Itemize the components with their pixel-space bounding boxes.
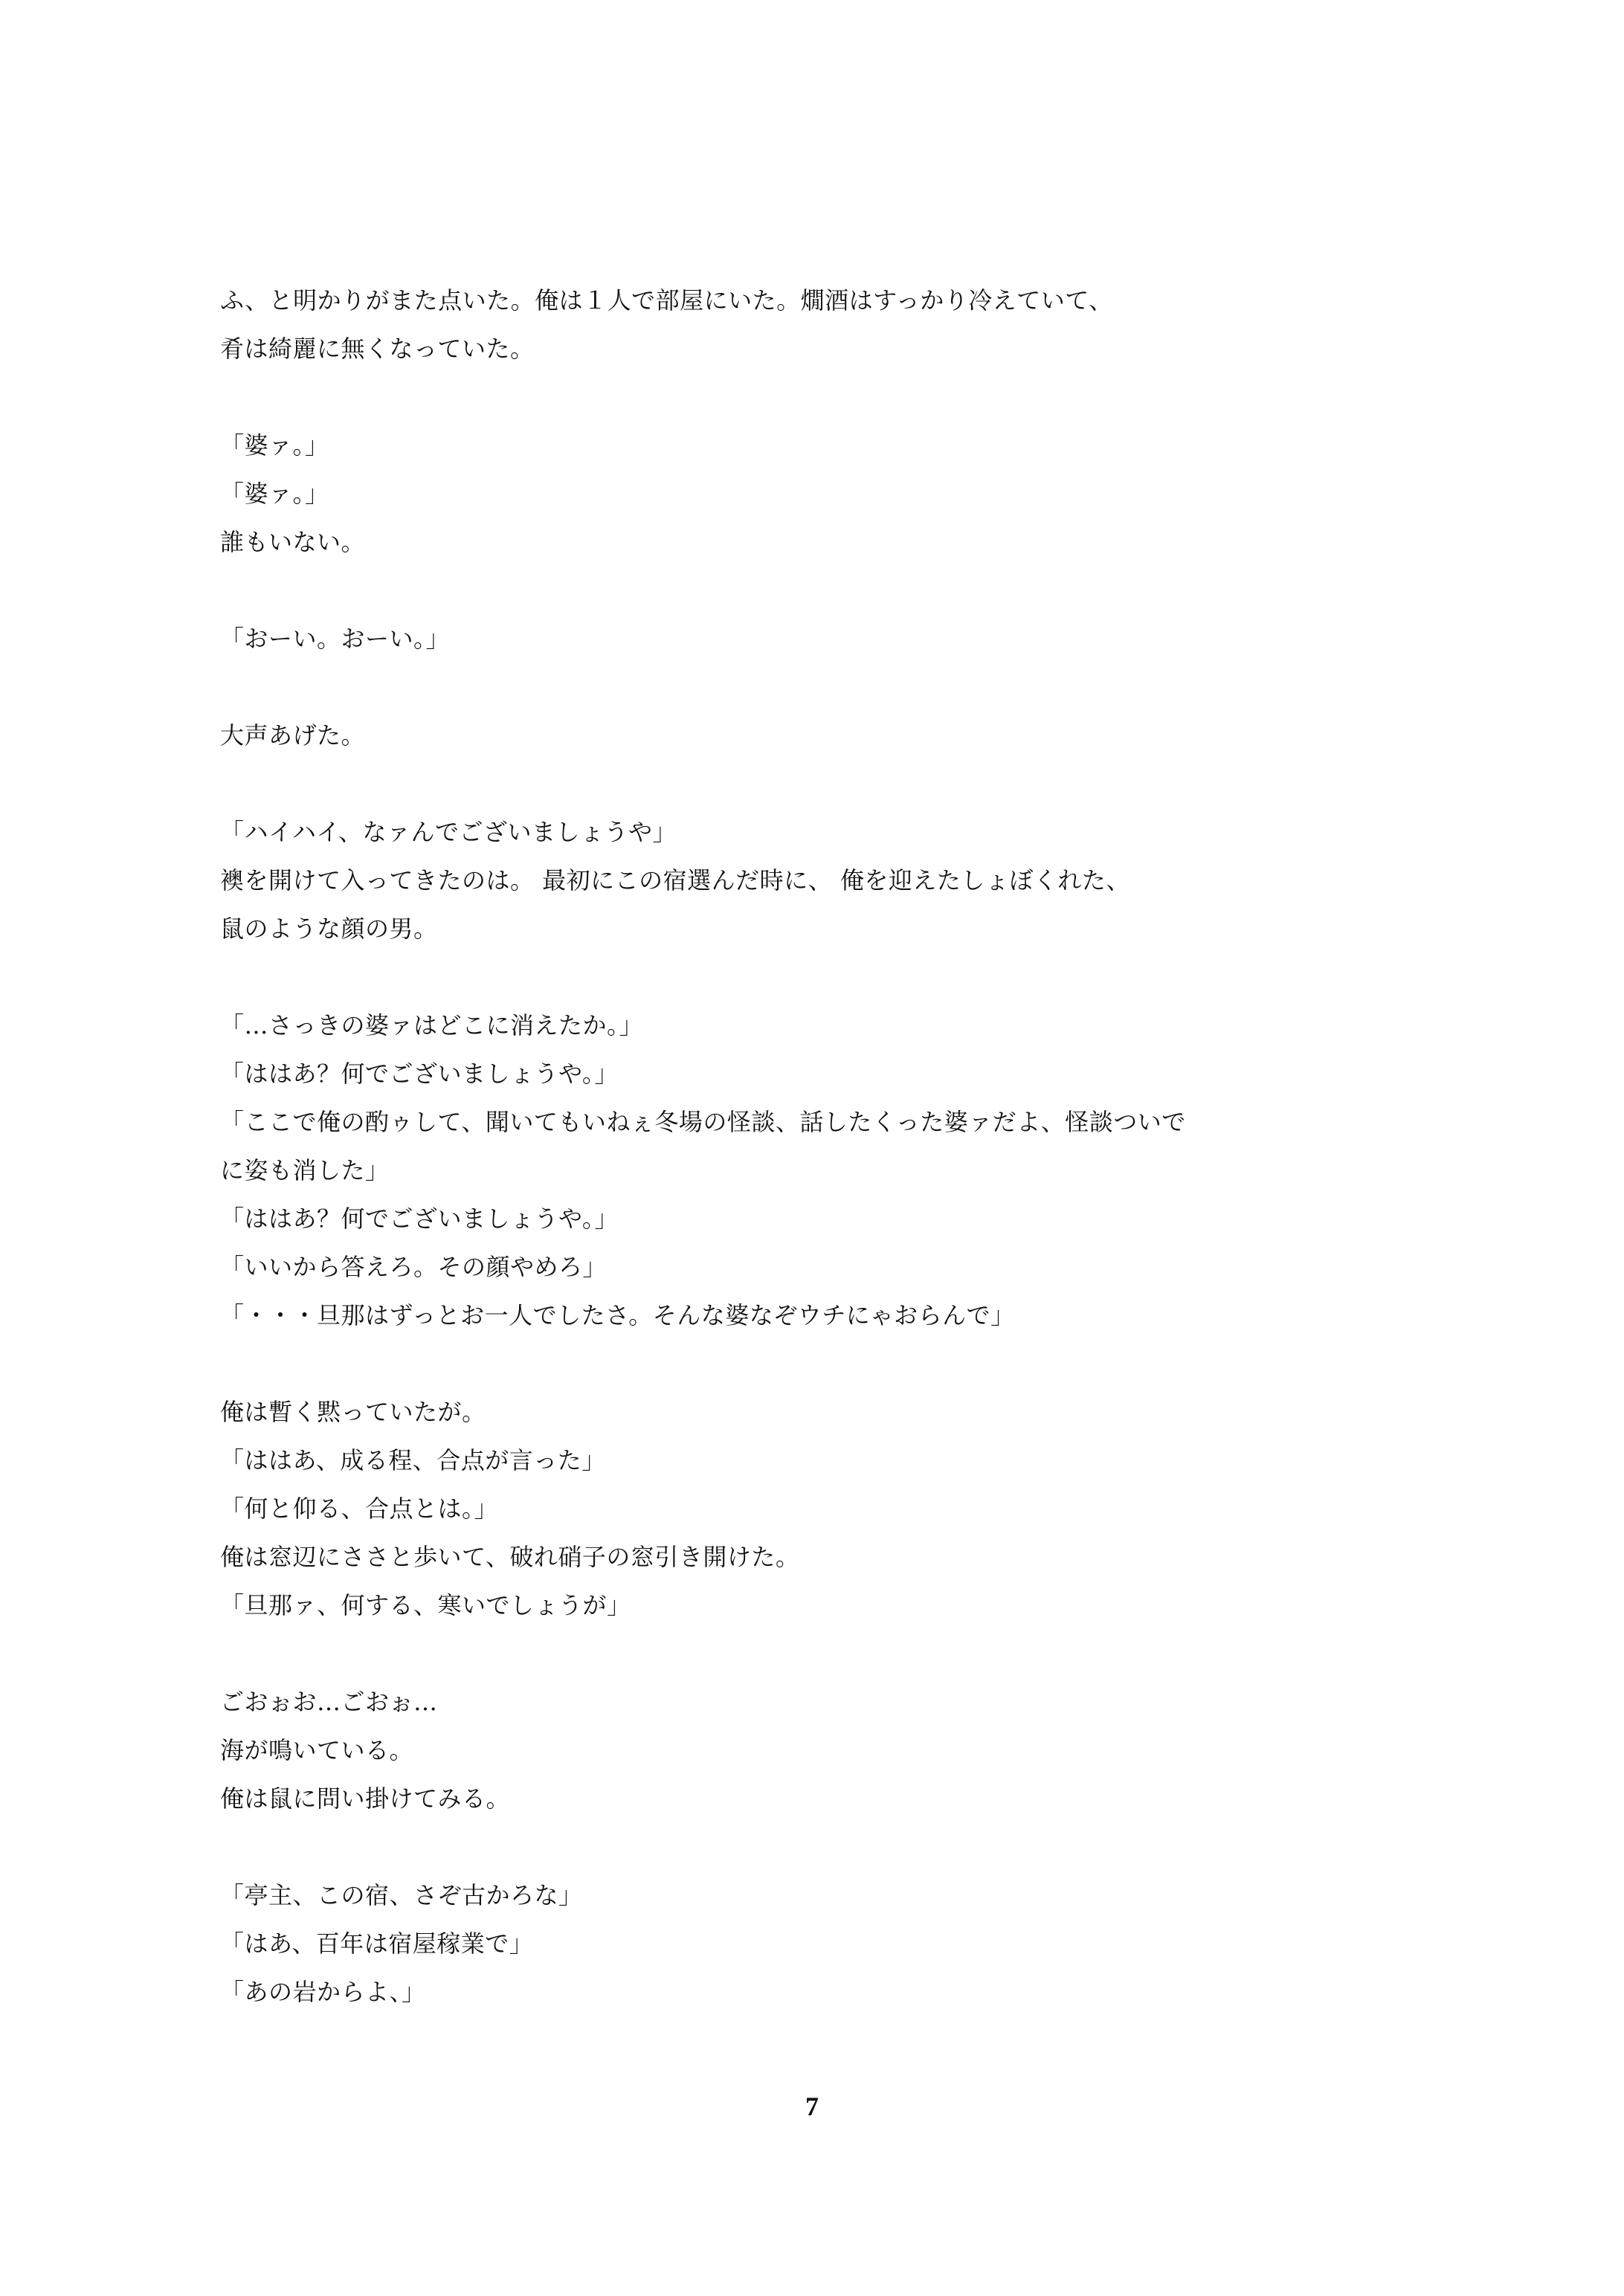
text-line: 俺は窓辺にささと歩いて、破れ硝子の窓引き開けた。 — [220, 1533, 1410, 1581]
text-line: ふ、と明かりがまた点いた。俺は１人で部屋にいた。燗酒はすっかり冷えていて、 — [220, 277, 1410, 325]
dialogue-line: 「ははあ？何でございましょうや。」 — [220, 1195, 1410, 1243]
dialogue-line: 「はあ、百年は宿屋稼業で」 — [220, 1920, 1410, 1968]
dialogue-line: 「何と仰る、合点とは。」 — [220, 1485, 1410, 1533]
text-line: 大声あげた。 — [220, 712, 1410, 760]
blank-line — [220, 567, 1410, 615]
dialogue-line: 「いいから答えろ。その顔やめろ」 — [220, 1243, 1410, 1291]
dialogue-line: 「旦那ァ、何する、寒いでしょうが」 — [220, 1581, 1410, 1630]
text-line: 俺は暫く黙っていたが。 — [220, 1388, 1410, 1436]
dialogue-line: 「おーい。おーい。」 — [220, 615, 1410, 663]
dialogue-line: 「ハイハイ、なァんでございましょうや」 — [220, 808, 1410, 857]
blank-line — [220, 1340, 1410, 1388]
page-number: 7 — [0, 2088, 1624, 2125]
blank-line — [220, 1630, 1410, 1678]
blank-line — [220, 760, 1410, 808]
blank-line — [220, 953, 1410, 1002]
dialogue-line-continuation: に姿も消した」 — [220, 1147, 1410, 1195]
body-text: ふ、と明かりがまた点いた。俺は１人で部屋にいた。燗酒はすっかり冷えていて、 肴は… — [220, 277, 1410, 2016]
dialogue-line: 「ここで俺の酌ゥして、聞いてもいねぇ冬場の怪談、話したくった婆ァだよ、怪談ついで — [220, 1098, 1410, 1147]
text-line: ごおぉお…ごおぉ… — [220, 1678, 1410, 1726]
dialogue-line: 「あの岩からよ、」 — [220, 1968, 1410, 2016]
dialogue-line: 「婆ァ。」 — [220, 470, 1410, 518]
dialogue-line: 「婆ァ。」 — [220, 422, 1410, 470]
text-line: 俺は鼠に問い掛けてみる。 — [220, 1775, 1410, 1823]
dialogue-line: 「・・・旦那はずっとお一人でしたさ。そんな婆なぞウチにゃおらんで」 — [220, 1291, 1410, 1340]
blank-line — [220, 663, 1410, 712]
text-line: 襖を開けて入ってきたのは。 最初にこの宿選んだ時に、 俺を迎えたしょぼくれた、 — [220, 857, 1410, 905]
text-line: 鼠のような顔の男。 — [220, 905, 1410, 953]
dialogue-line: 「ははあ、成る程、合点が言った」 — [220, 1436, 1410, 1485]
dialogue-line: 「ははあ？何でございましょうや。」 — [220, 1050, 1410, 1098]
blank-line — [220, 373, 1410, 422]
document-page: ふ、と明かりがまた点いた。俺は１人で部屋にいた。燗酒はすっかり冷えていて、 肴は… — [0, 0, 1624, 2296]
dialogue-line: 「…さっきの婆ァはどこに消えたか。」 — [220, 1002, 1410, 1050]
blank-line — [220, 1823, 1410, 1871]
text-line: 誰もいない。 — [220, 518, 1410, 567]
dialogue-line: 「亭主、この宿、さぞ古かろな」 — [220, 1871, 1410, 1920]
text-line: 肴は綺麗に無くなっていた。 — [220, 325, 1410, 373]
text-line: 海が鳴いている。 — [220, 1726, 1410, 1775]
